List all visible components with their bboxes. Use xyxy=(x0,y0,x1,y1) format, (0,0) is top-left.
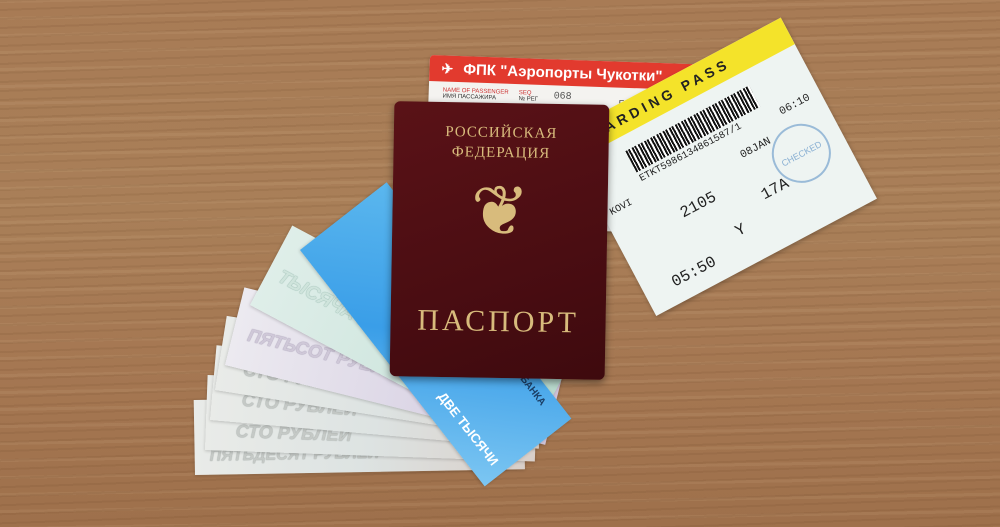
eagle-emblem-icon: ❦ xyxy=(470,177,530,248)
seq-value: 068 xyxy=(553,91,571,103)
passport-country-line2: ФЕДЕРАЦИЯ xyxy=(393,143,608,164)
airline-name: ФПК "Аэропорты Чукотки" xyxy=(463,61,663,85)
departure-time: 05:50 xyxy=(669,253,720,291)
passport-country-line1: РОССИЙСКАЯ xyxy=(394,123,609,144)
passenger-name: KOVI xyxy=(608,198,634,219)
passport: РОССИЙСКАЯ ФЕДЕРАЦИЯ ❦ ПАСПОРТ xyxy=(390,101,610,380)
flight-date: 08JAN xyxy=(738,136,773,162)
passenger-name-label: NAME OF PASSENGER ИМЯ ПАССАЖИРА xyxy=(442,87,508,101)
travel-class: Y xyxy=(732,220,749,240)
boarding-time: 06:10 xyxy=(778,92,813,118)
airplane-icon: ✈ xyxy=(441,60,453,77)
flight-number: 2105 xyxy=(677,188,719,222)
passport-title: ПАСПОРТ xyxy=(390,303,606,341)
seq-label: SEQ № РЕГ xyxy=(518,90,538,103)
